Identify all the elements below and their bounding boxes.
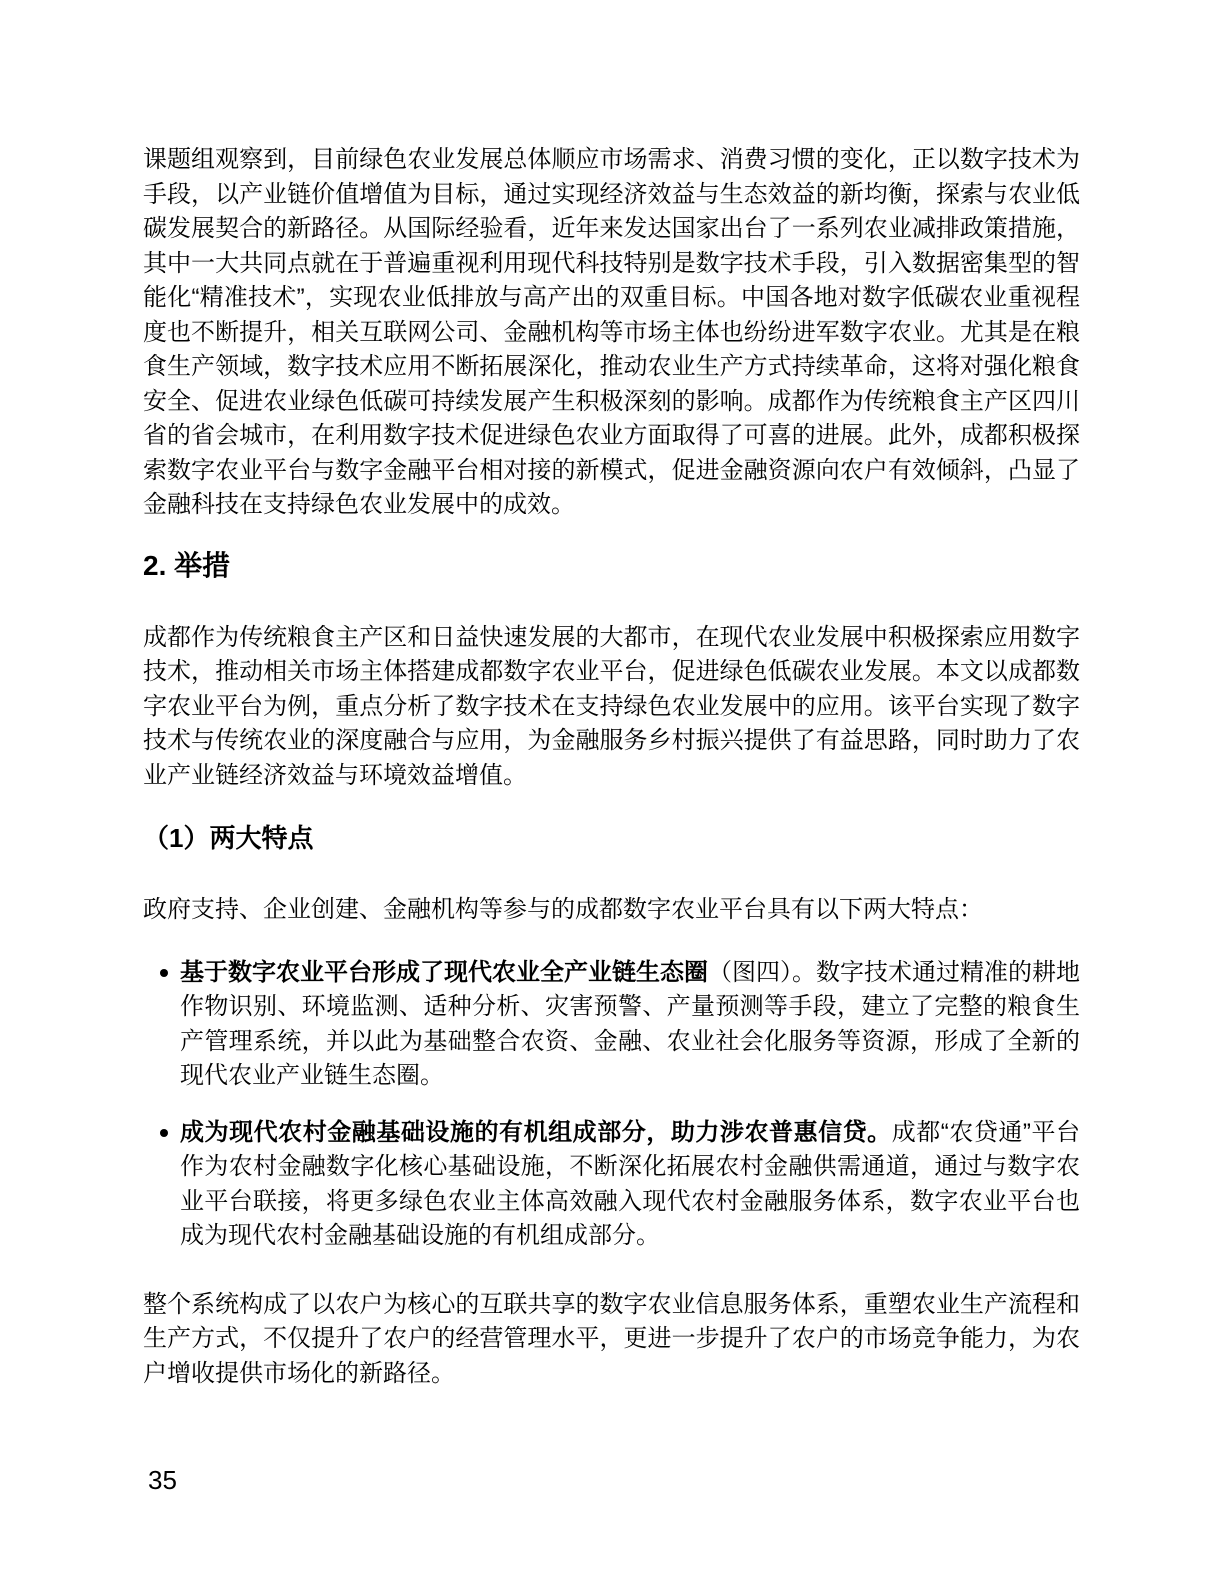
closing-paragraph: 整个系统构成了以农户为核心的互联共享的数字农业信息服务体系，重塑农业生产流程和生…	[143, 1288, 1080, 1392]
document-page: 课题组观察到，目前绿色农业发展总体顺应市场需求、消费习惯的变化，正以数字技术为手…	[0, 0, 1224, 1584]
intro-paragraph: 课题组观察到，目前绿色农业发展总体顺应市场需求、消费习惯的变化，正以数字技术为手…	[143, 143, 1080, 523]
page-content: 课题组观察到，目前绿色农业发展总体顺应市场需求、消费习惯的变化，正以数字技术为手…	[143, 143, 1080, 1497]
subsection-heading: （1）两大特点	[143, 821, 1080, 855]
list-item-ecosystem: 基于数字农业平台形成了现代农业全产业链生态圈（图四）。数字技术通过精准的耕地作物…	[143, 956, 1080, 1094]
subsection-intro-paragraph: 政府支持、企业创建、金融机构等参与的成都数字农业平台具有以下两大特点：	[143, 893, 1080, 928]
bullet-icon	[160, 1129, 168, 1137]
bullet-icon	[160, 969, 168, 977]
list-item-lead-bold: 成为现代农村金融基础设施的有机组成部分，助力涉农普惠信贷。	[180, 1119, 892, 1146]
section-heading: 2. 举措	[143, 548, 1080, 584]
list-item-lead-bold: 基于数字农业平台形成了现代农业全产业链生态圈	[180, 959, 708, 986]
list-item-rural-finance: 成为现代农村金融基础设施的有机组成部分，助力涉农普惠信贷。成都“农贷通”平台作为…	[143, 1116, 1080, 1254]
section-intro-paragraph: 成都作为传统粮食主产区和日益快速发展的大都市，在现代农业发展中积极探索应用数字技…	[143, 621, 1080, 794]
page-number: 35	[148, 1463, 1080, 1497]
feature-bullet-list: 基于数字农业平台形成了现代农业全产业链生态圈（图四）。数字技术通过精准的耕地作物…	[143, 956, 1080, 1254]
